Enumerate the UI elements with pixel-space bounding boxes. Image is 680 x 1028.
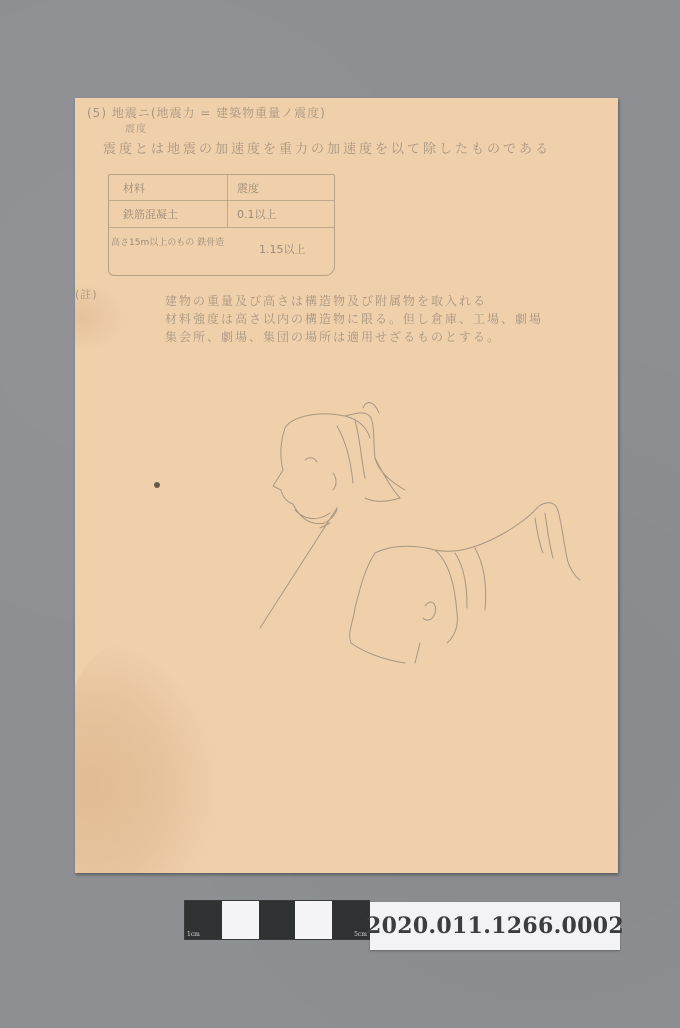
- scale-segment-dark: [259, 901, 296, 939]
- sketch-head-topknot: [260, 403, 405, 628]
- scale-label-left: 1cm: [187, 931, 200, 938]
- scale-segment-light: [222, 901, 259, 939]
- catalog-label-card: 2020.011.1266.0002: [370, 902, 620, 950]
- sketch-head-flowing-hair: [350, 503, 580, 663]
- catalog-number: 2020.011.1266.0002: [366, 913, 624, 939]
- archival-paper-sheet: (5) 地震ニ(地震力 = 建築物重量ノ震度) 震度 震度とは地震の加速度を重力…: [75, 98, 618, 873]
- pencil-sketches: [75, 98, 618, 873]
- scale-segment-light: [295, 901, 332, 939]
- color-scale-bar: 1cm 5cm: [184, 900, 370, 940]
- scale-segment-dark: 1cm: [185, 901, 222, 939]
- scale-segment-dark: 5cm: [332, 901, 369, 939]
